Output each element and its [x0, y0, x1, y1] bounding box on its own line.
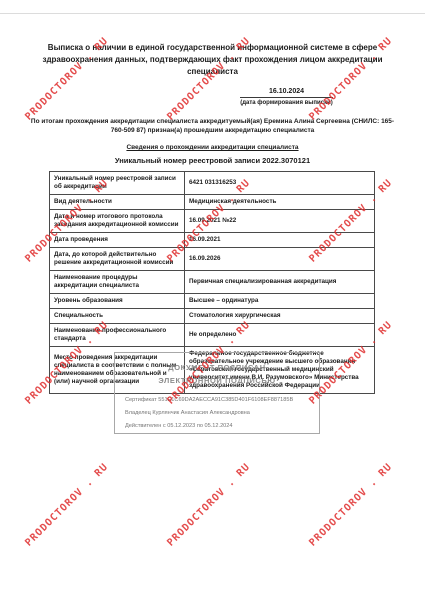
row-label: Дата проведения	[50, 233, 185, 248]
row-label: Наименование процедуры аккредитации спец…	[50, 271, 185, 294]
row-label: Уникальный номер реестровой записи об ак…	[50, 172, 185, 195]
row-value: Не определено	[185, 324, 375, 347]
row-label: Наименование профессионального стандарта	[50, 324, 185, 347]
row-value: 6421 031316253	[185, 172, 375, 195]
row-value: 16.09.2021 №22	[185, 210, 375, 233]
document-page: { "watermark": { "text": "PRODOCTOROV . …	[0, 0, 425, 600]
table-row: Уникальный номер реестровой записи об ак…	[50, 172, 375, 195]
issue-date: 16.10.2024	[240, 88, 333, 98]
section-subtitle: Сведения о прохождении аккредитации спец…	[0, 144, 425, 151]
issue-date-block: 16.10.2024 (дата формирования выписки)	[240, 88, 333, 106]
table-row: Дата проведения16.09.2021	[50, 233, 375, 248]
watermark-text: PRODOCTOROV . RU	[23, 461, 110, 548]
row-value: Стоматология хирургическая	[185, 309, 375, 324]
signature-stamp-line2: ЭЛЕКТРОННОЙ ПОДПИСЬЮ	[115, 374, 319, 387]
watermark-text: PRODOCTOROV . RU	[165, 461, 252, 548]
table-row: Вид деятельностиМедицинская деятельность	[50, 195, 375, 210]
registry-record-title: Уникальный номер реестровой записи 2022.…	[0, 156, 425, 165]
signature-stamp-title: ДОКУМЕНТ ПОДПИСАН ЭЛЕКТРОННОЙ ПОДПИСЬЮ	[115, 361, 319, 387]
row-value: 16.09.2026	[185, 248, 375, 271]
row-value: Медицинская деятельность	[185, 195, 375, 210]
row-value: Первичная специализированная аккредитаци…	[185, 271, 375, 294]
digital-signature-stamp: ДОКУМЕНТ ПОДПИСАН ЭЛЕКТРОННОЙ ПОДПИСЬЮ С…	[114, 352, 320, 434]
watermark-text: PRODOCTOROV . RU	[307, 461, 394, 548]
row-label: Уровень образования	[50, 294, 185, 309]
page-top-divider	[0, 13, 425, 14]
table-row: Дата и номер итогового протокола заседан…	[50, 210, 375, 233]
table-row: СпециальностьСтоматология хирургическая	[50, 309, 375, 324]
accreditation-summary: По итогам прохождения аккредитации специ…	[26, 117, 399, 135]
row-value: 16.09.2021	[185, 233, 375, 248]
signature-certificate: Сертификат 551E1C69DA2AECCA91C385D401F61…	[125, 397, 319, 404]
row-label: Специальность	[50, 309, 185, 324]
row-label: Дата, до которой действительно решение а…	[50, 248, 185, 271]
row-label: Дата и номер итогового протокола заседан…	[50, 210, 185, 233]
issue-date-caption: (дата формирования выписки)	[240, 100, 333, 106]
row-value: Высшее – ординатура	[185, 294, 375, 309]
table-row: Наименование процедуры аккредитации спец…	[50, 271, 375, 294]
table-row: Наименование профессионального стандарта…	[50, 324, 375, 347]
table-row: Уровень образованияВысшее – ординатура	[50, 294, 375, 309]
row-label: Вид деятельности	[50, 195, 185, 210]
document-title: Выписка о наличии в единой государственн…	[40, 42, 385, 78]
table-row: Дата, до которой действительно решение а…	[50, 248, 375, 271]
signature-stamp-line1: ДОКУМЕНТ ПОДПИСАН	[115, 361, 319, 374]
signature-owner: Владелец Курлянчик Анастасия Александров…	[125, 410, 319, 417]
signature-validity: Действителен с 05.12.2023 по 05.12.2024	[125, 423, 319, 430]
